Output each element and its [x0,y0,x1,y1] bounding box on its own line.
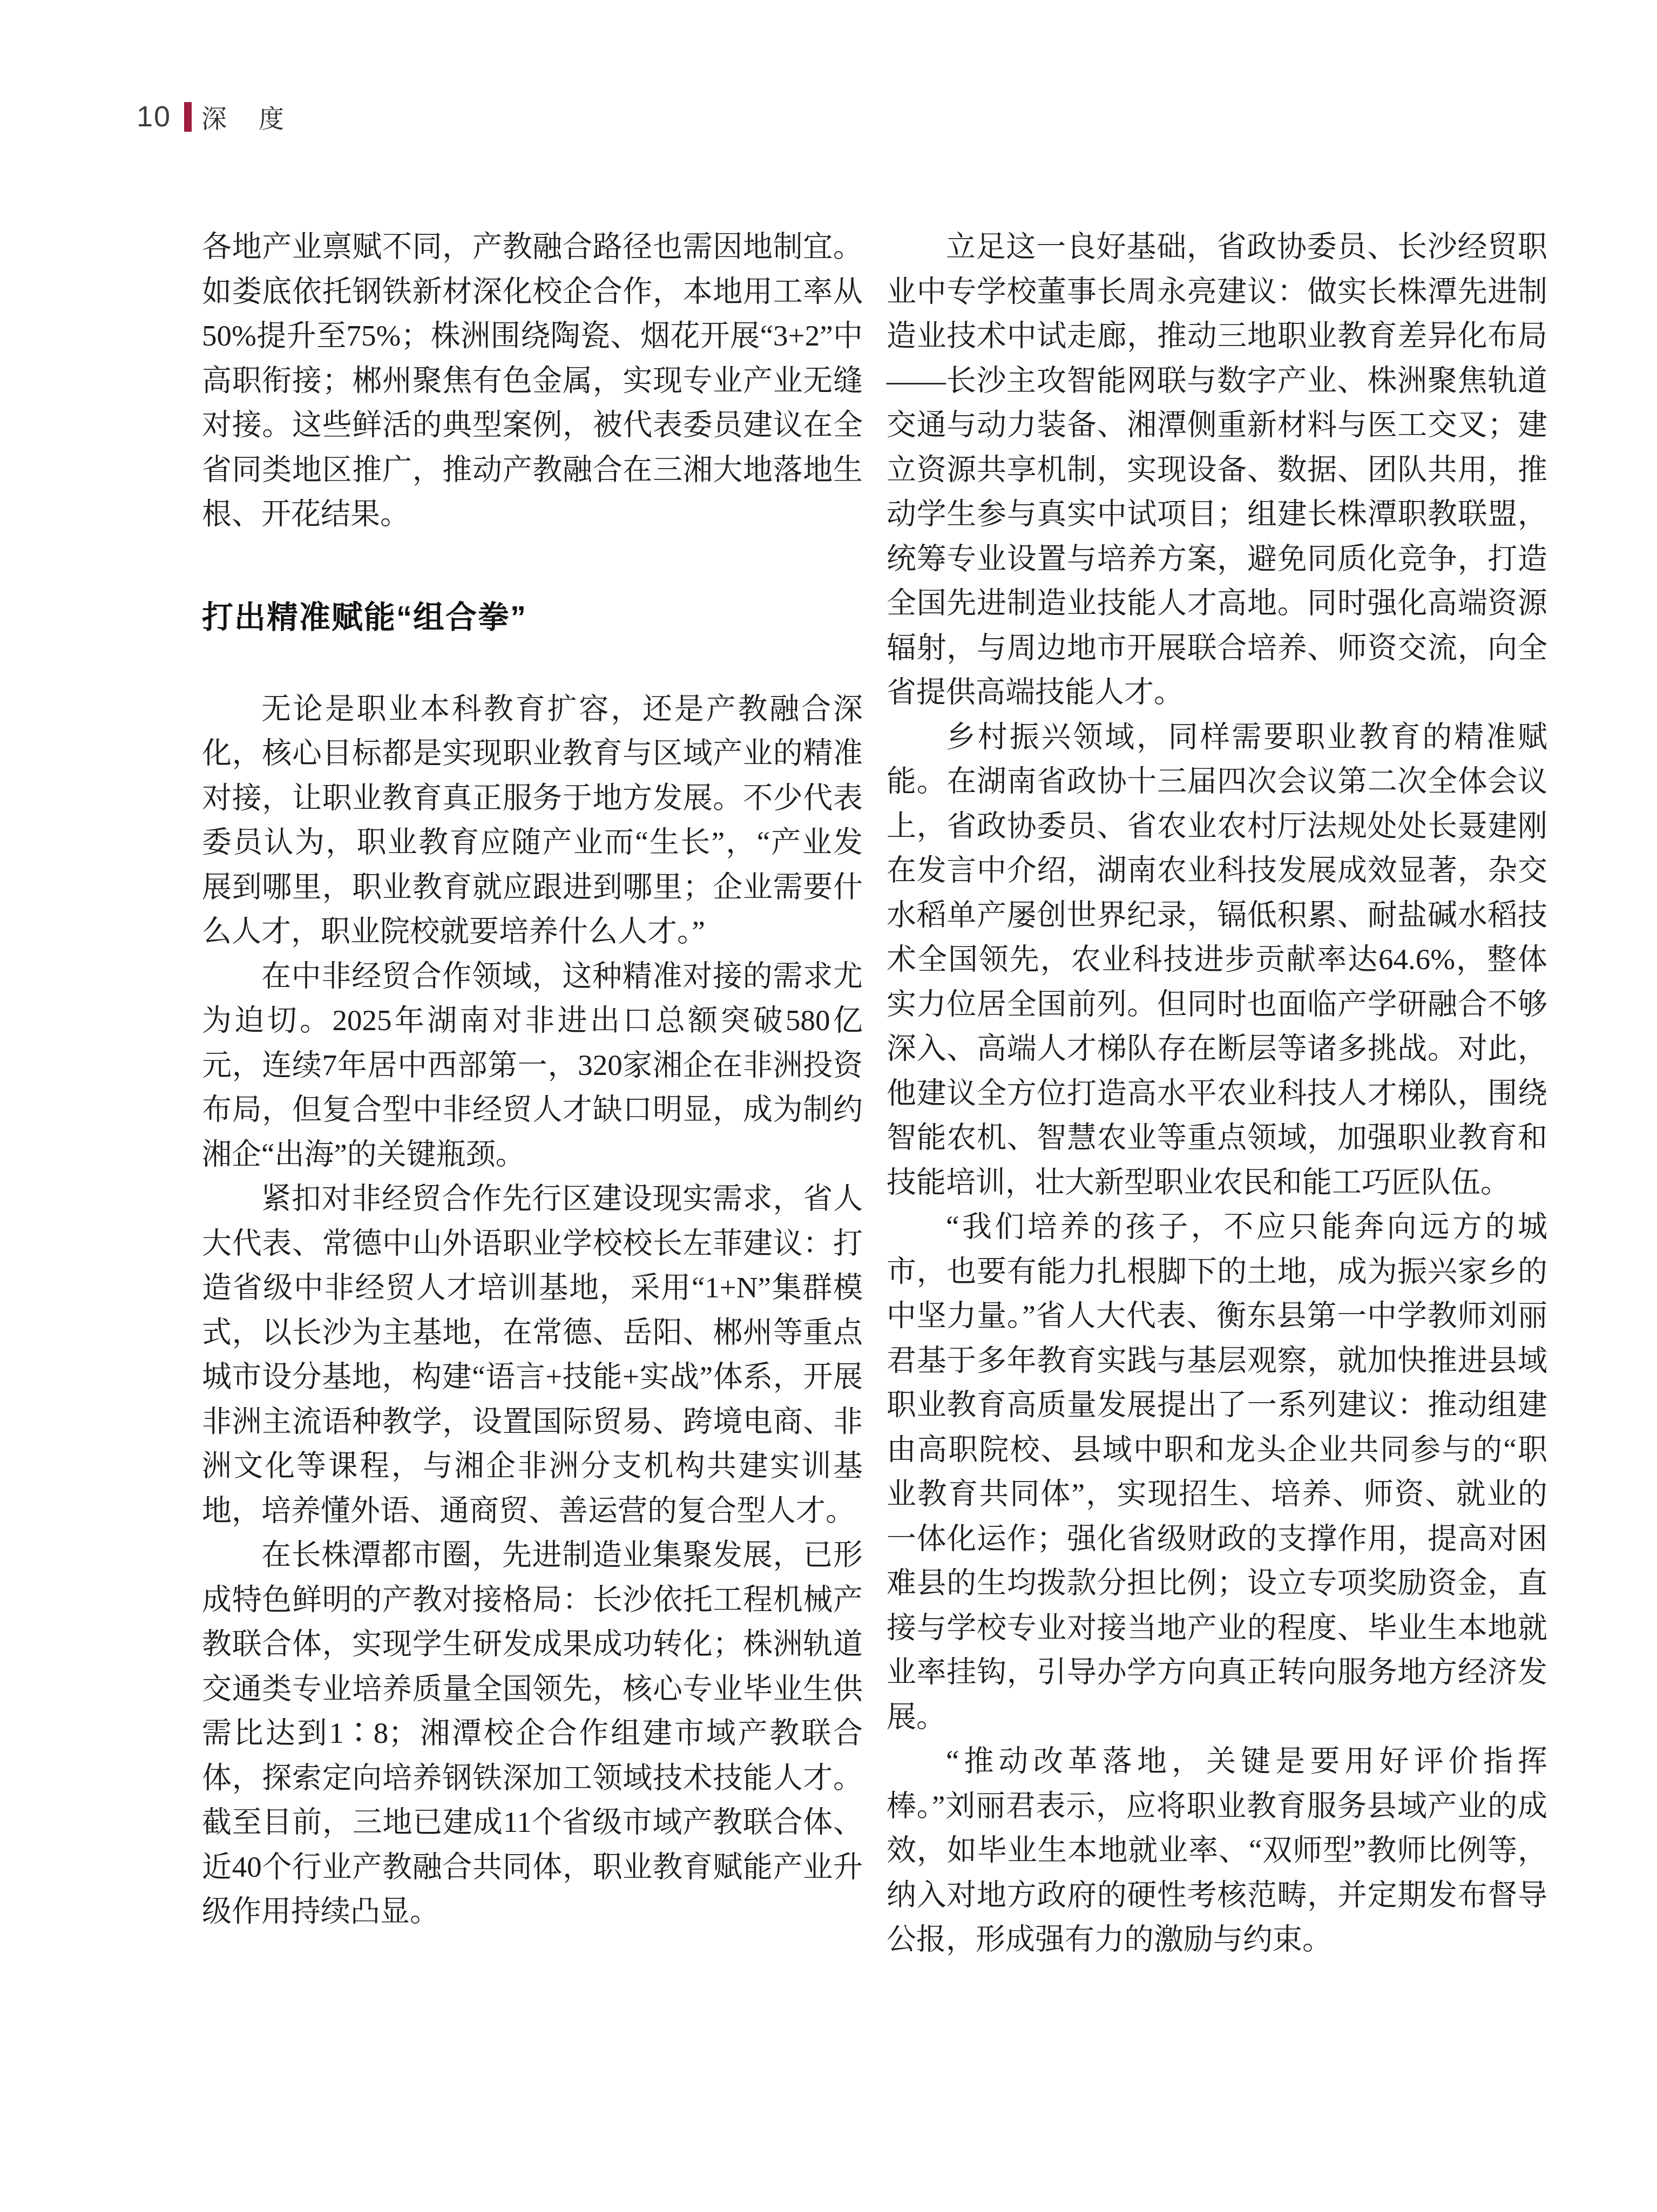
page-number: 10 [137,100,171,133]
paragraph-continuation: 各地产业禀赋不同，产教融合路径也需因地制宜。如娄底依托钢铁新材深化校企合作，本地… [202,225,863,537]
newspaper-page: 10 深 度 各地产业禀赋不同，产教融合路径也需因地制宜。如娄底依托钢铁新材深化… [0,0,1657,2212]
paragraph: 在中非经贸合作领域，这种精准对接的需求尤为迫切。2025年湖南对非进出口总额突破… [202,954,863,1177]
section-accent-bar [184,102,192,132]
page-header: 10 深 度 [137,100,287,133]
article-column-left: 各地产业禀赋不同，产教融合路径也需因地制宜。如娄底依托钢铁新材深化校企合作，本地… [202,225,863,1934]
paragraph: “我们培养的孩子，不应只能奔向远方的城市，也要有能力扎根脚下的土地，成为振兴家乡… [887,1205,1547,1739]
paragraph: “推动改革落地，关键是要用好评价指挥棒。”刘丽君表示，应将职业教育服务县域产业的… [887,1739,1547,1962]
paragraph: 紧扣对非经贸合作先行区建设现实需求，省人大代表、常德中山外语职业学校校长左菲建议… [202,1176,863,1533]
article-subheading: 打出精准赋能“组合拳” [202,600,863,635]
paragraph: 立足这一良好基础，省政协委员、长沙经贸职业中专学校董事长周永亮建议：做实长株潭先… [887,225,1547,715]
article-column-right: 立足这一良好基础，省政协委员、长沙经贸职业中专学校董事长周永亮建议：做实长株潭先… [887,225,1547,1962]
paragraph: 在长株潭都市圈，先进制造业集聚发展，已形成特色鲜明的产教对接格局：长沙依托工程机… [202,1533,863,1934]
paragraph: 乡村振兴领域，同样需要职业教育的精准赋能。在湖南省政协十三届四次会议第二次全体会… [887,715,1547,1205]
paragraph: 无论是职业本科教育扩容，还是产教融合深化，核心目标都是实现职业教育与区域产业的精… [202,687,863,954]
section-title: 深 度 [201,99,287,135]
